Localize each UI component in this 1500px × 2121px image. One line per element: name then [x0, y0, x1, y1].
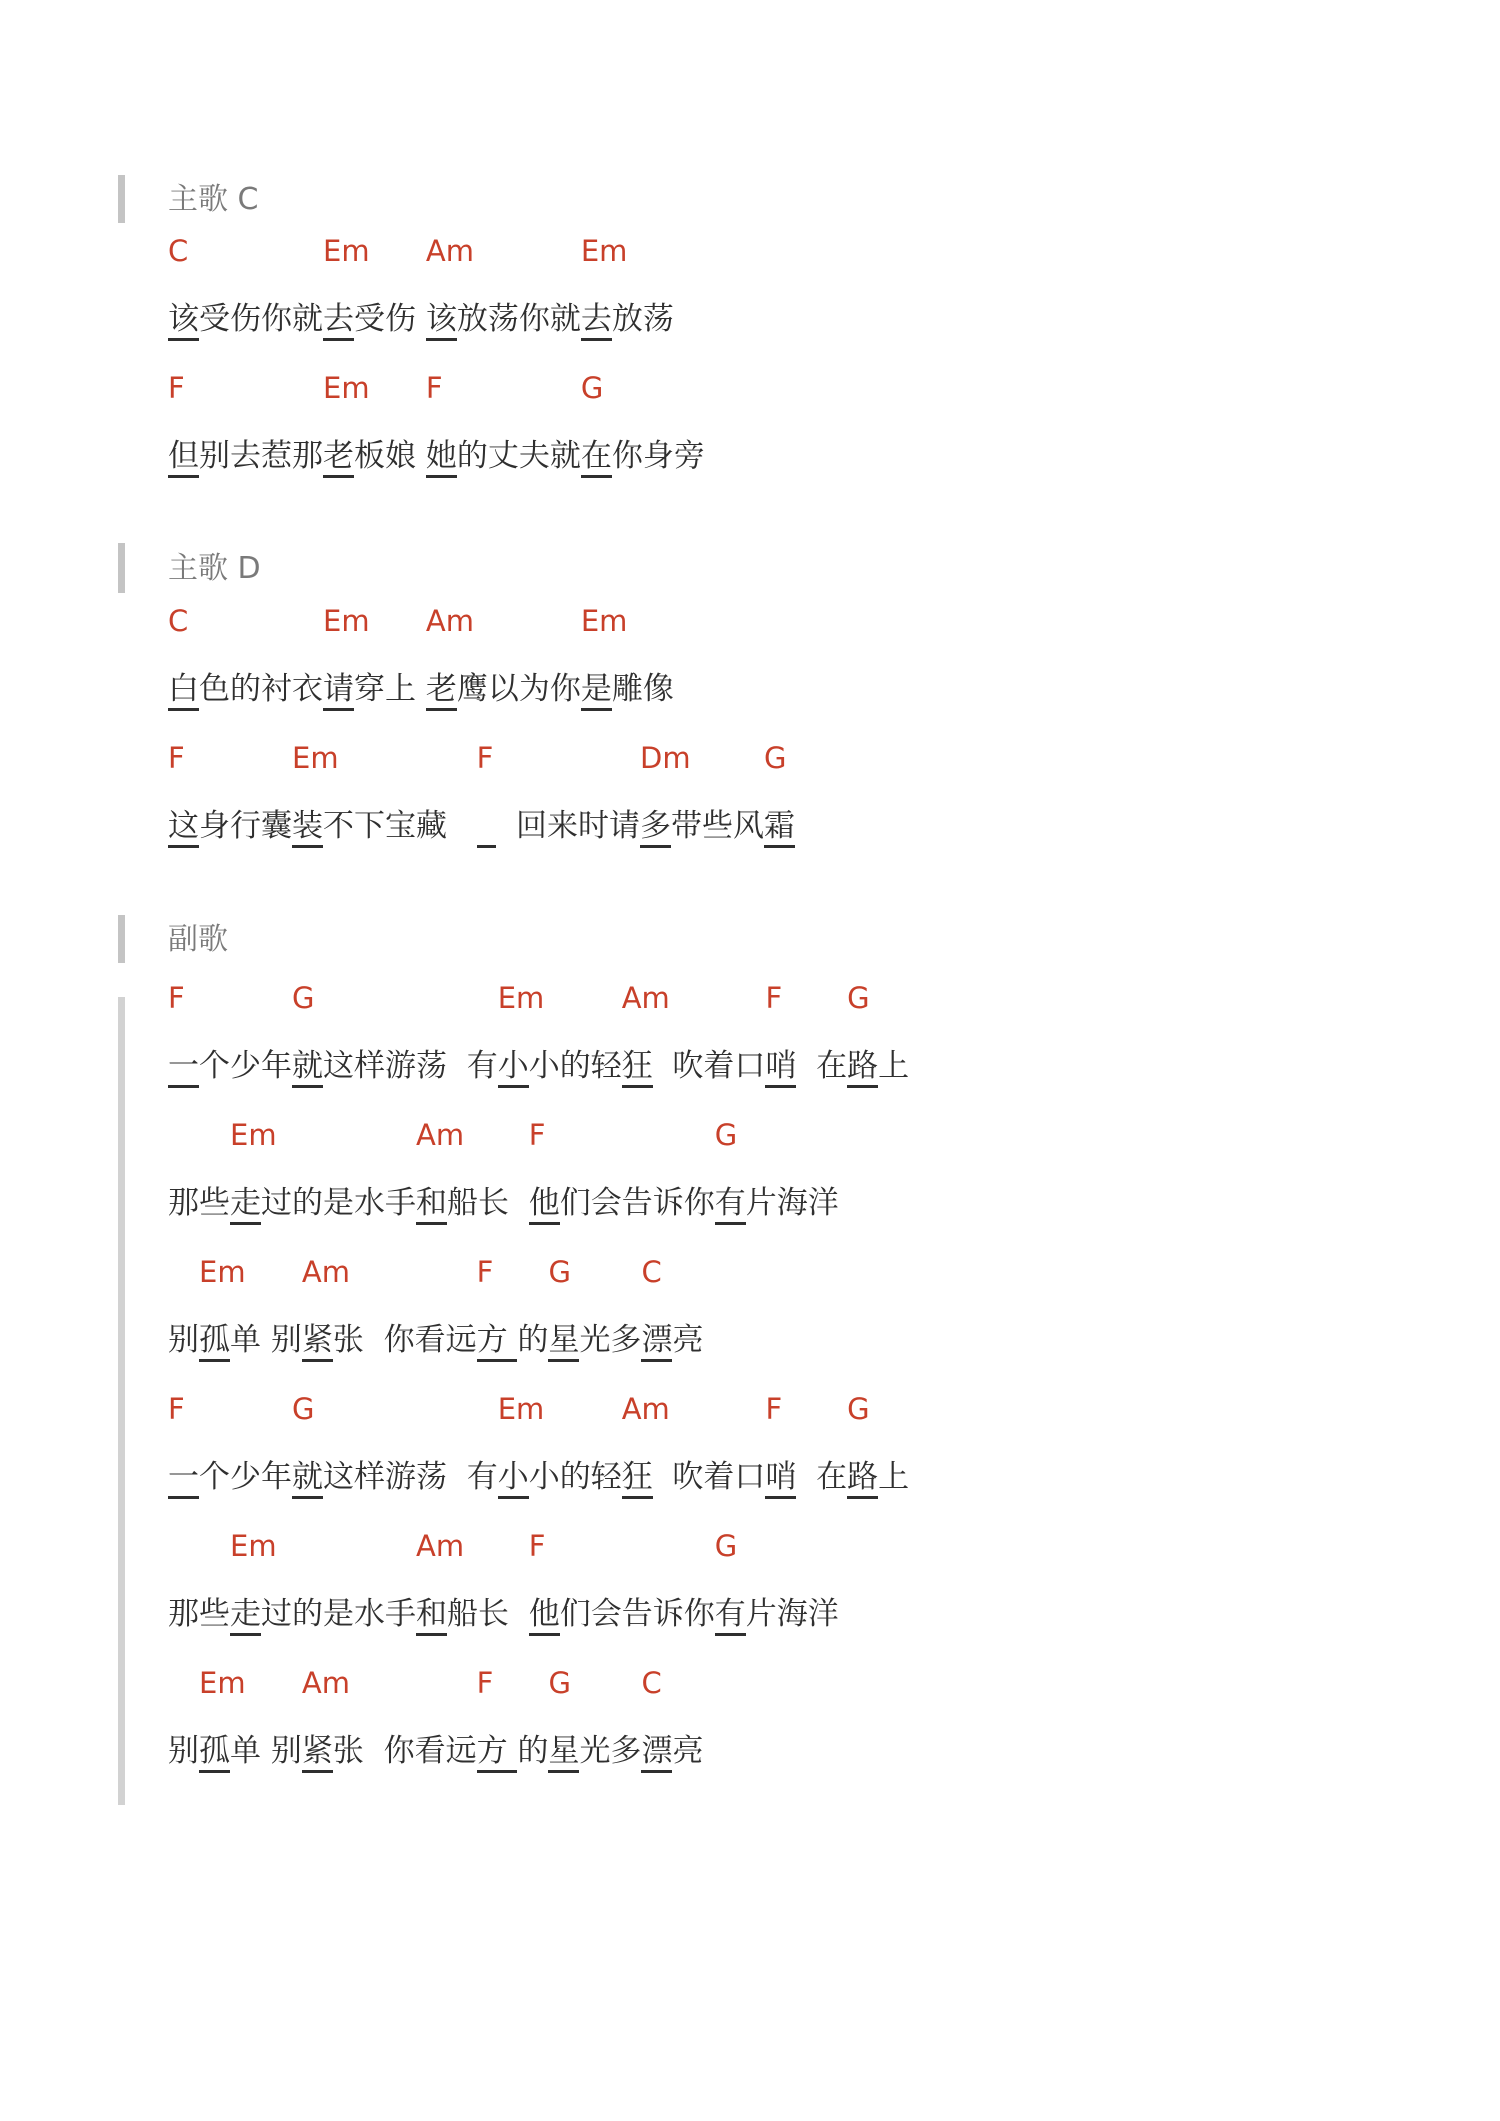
lyric-rest: 雕像 — [612, 671, 674, 707]
chord-segment: Em孤单 别 — [199, 1668, 302, 1770]
chord-label: Em — [199, 1257, 246, 1287]
chord-label: F — [765, 983, 782, 1013]
lyric-text: 就这样游荡 有 — [292, 1047, 498, 1085]
chord-label: G — [847, 983, 869, 1013]
chord-anchor-char: 紧 — [302, 1733, 333, 1773]
chord-anchor-char: 装 — [292, 808, 323, 848]
chord-label: F — [765, 1394, 782, 1424]
lyric-rest: 别 — [168, 1733, 199, 1769]
chord-segment: F这身行囊 — [168, 743, 292, 845]
lyric-text: 路上 — [847, 1458, 909, 1496]
chord-anchor-char: 就 — [292, 1048, 323, 1088]
chord-lyric-line: F一个少年G就这样游荡 有Em小小的轻Am狂 吹着口F哨 在G路上 — [168, 1394, 909, 1531]
chord-segment: F她的丈夫就 — [426, 373, 581, 475]
lyric-rest: 上 — [878, 1459, 909, 1495]
lyric-text: 去受伤 — [323, 300, 426, 338]
section-title: 主歌 D — [168, 551, 261, 587]
chord-segment: C漂亮 — [641, 1668, 703, 1770]
lyric-rest: 回来时请 — [496, 808, 640, 844]
chord-label: F — [477, 1668, 494, 1698]
chord-segment: G星光多 — [548, 1257, 641, 1359]
lyric-text: 该放荡你就 — [426, 300, 581, 338]
chord-anchor-char: 孤 — [199, 1322, 230, 1362]
chord-label: F — [529, 1531, 546, 1561]
chord-segment: F哨 在 — [765, 1394, 847, 1496]
chord-anchor-char: 漂 — [641, 1733, 672, 1773]
lyric-rest: 船长 — [447, 1185, 529, 1221]
lyric-rest: 板娘 — [354, 438, 426, 474]
chord-segment: G就这样游荡 有 — [292, 1394, 498, 1496]
lyric-rest: 那些 — [168, 1596, 230, 1632]
chord-lyric-line: F但别去惹那Em老板娘 F她的丈夫就G在你身旁 — [168, 373, 705, 510]
lyric-rest: 片海洋 — [746, 1596, 839, 1632]
lyric-text: 别 — [168, 1321, 199, 1359]
chord-label: Em — [199, 1668, 246, 1698]
chord-anchor-char: 霜 — [764, 808, 795, 848]
chord-segment: 那些 — [168, 1531, 230, 1633]
lyric-text: 走过的是水手 — [230, 1184, 416, 1222]
lyric-text: 方 的 — [477, 1321, 549, 1359]
lyric-rest: 小的轻 — [529, 1048, 622, 1084]
lyric-text: 在你身旁 — [581, 437, 705, 475]
chord-anchor-char: 多 — [640, 808, 671, 848]
chord-anchor-char: 一 — [168, 1048, 199, 1088]
chord-label: Em — [323, 373, 370, 403]
chord-segment: G有片海洋 — [715, 1120, 839, 1222]
lyric-text: 请穿上 — [323, 670, 426, 708]
lyric-rest: 色的衬衣 — [199, 671, 323, 707]
chord-anchor-char: 狂 — [622, 1048, 653, 1088]
chord-anchor-char: 路 — [847, 1459, 878, 1499]
chord-anchor-char: 和 — [416, 1185, 447, 1225]
lyric-rest: 过的是水手 — [261, 1596, 416, 1632]
chord-segment: F他们会告诉你 — [529, 1120, 715, 1222]
chord-segment: Em走过的是水手 — [230, 1120, 416, 1222]
chord-segment: C白色的衬衣 — [168, 606, 323, 708]
chord-label: Am — [302, 1257, 350, 1287]
chord-label: Am — [622, 1394, 670, 1424]
lyric-rest: 张 你看远 — [333, 1733, 477, 1769]
lyric-rest: 吹着口 — [653, 1459, 766, 1495]
chord-anchor-char: 去 — [323, 301, 354, 341]
lyric-rest: 吹着口 — [653, 1048, 766, 1084]
chord-label: Am — [416, 1120, 464, 1150]
chord-label: C — [641, 1257, 661, 1287]
lyric-text: 方 的 — [477, 1732, 549, 1770]
chord-segment: Em是雕像 — [581, 606, 674, 708]
lyric-text: 狂 吹着口 — [622, 1458, 766, 1496]
chord-label: Em — [581, 236, 628, 266]
chord-segment: Am和船长 — [416, 1531, 529, 1633]
chord-anchor-char: 小 — [498, 1048, 529, 1088]
chord-segment: Am老鹰以为你 — [426, 606, 581, 708]
lyric-rest: 你身旁 — [612, 438, 705, 474]
lyric-text: 多带些风 — [640, 807, 764, 845]
chord-anchor-char — [477, 808, 497, 848]
chord-segment: G有片海洋 — [715, 1531, 839, 1633]
chord-label: Em — [292, 743, 339, 773]
chord-label: Am — [622, 983, 670, 1013]
lyric-rest: 小的轻 — [529, 1459, 622, 1495]
chord-label: Dm — [640, 743, 691, 773]
chord-segment: Am紧张 你看远 — [302, 1668, 477, 1770]
lyric-rest: 在 — [796, 1048, 847, 1084]
chord-lyric-line: F这身行囊Em装不下宝藏 F 回来时请Dm多带些风G霜 — [168, 743, 795, 880]
lyric-text: 回来时请 — [477, 807, 640, 845]
chord-label: Em — [230, 1531, 277, 1561]
chord-anchor-char: 方 — [477, 1322, 518, 1362]
lyric-text: 一个少年 — [168, 1458, 292, 1496]
chord-anchor-char: 紧 — [302, 1322, 333, 1362]
lyric-rest: 们会告诉你 — [560, 1185, 715, 1221]
lyric-text: 有片海洋 — [715, 1595, 839, 1633]
chord-label: G — [715, 1531, 737, 1561]
lyric-text: 小小的轻 — [498, 1458, 622, 1496]
chord-segment: 别 — [168, 1668, 199, 1770]
lyric-rest: 那些 — [168, 1185, 230, 1221]
lyric-text: 小小的轻 — [498, 1047, 622, 1085]
chord-label: F — [168, 1394, 185, 1424]
chord-anchor-char: 去 — [581, 301, 612, 341]
lyric-text: 哨 在 — [765, 1458, 847, 1496]
chord-anchor-char: 狂 — [622, 1459, 653, 1499]
chord-anchor-char: 该 — [168, 301, 199, 341]
lyric-text: 走过的是水手 — [230, 1595, 416, 1633]
lyric-rest: 船长 — [447, 1596, 529, 1632]
chord-anchor-char: 漂 — [641, 1322, 672, 1362]
lyric-rest: 个少年 — [199, 1048, 292, 1084]
lyric-text: 路上 — [847, 1047, 909, 1085]
lyric-rest: 单 别 — [230, 1733, 302, 1769]
chord-segment: F哨 在 — [765, 983, 847, 1085]
lyric-text: 是雕像 — [581, 670, 674, 708]
chord-anchor-char: 哨 — [765, 1459, 796, 1499]
section-title: 主歌 C — [168, 182, 258, 218]
lyric-rest: 鹰以为你 — [457, 671, 581, 707]
chord-label: Am — [302, 1668, 350, 1698]
chord-lyric-line: 别Em孤单 别Am紧张 你看远F方 的G星光多C漂亮 — [168, 1257, 703, 1394]
section-marker-bar — [118, 543, 125, 593]
lyric-text: 和船长 — [416, 1184, 529, 1222]
chord-segment: G星光多 — [548, 1668, 641, 1770]
chord-label: C — [168, 606, 188, 636]
lyric-rest: 受伤 — [354, 301, 426, 337]
chord-segment: Dm多带些风 — [640, 743, 764, 845]
lyric-rest: 个少年 — [199, 1459, 292, 1495]
chord-anchor-char: 白 — [168, 671, 199, 711]
lyric-text: 星光多 — [548, 1732, 641, 1770]
lyric-text: 白色的衬衣 — [168, 670, 323, 708]
lyric-text: 该受伤你就 — [168, 300, 323, 338]
chord-label: G — [292, 1394, 314, 1424]
chord-segment: Em孤单 别 — [199, 1257, 302, 1359]
chord-segment: Em去受伤 — [323, 236, 426, 338]
chord-lyric-line: 那些Em走过的是水手Am和船长 F他们会告诉你G有片海洋 — [168, 1531, 839, 1668]
chord-segment: Em老板娘 — [323, 373, 426, 475]
chord-anchor-char: 该 — [426, 301, 457, 341]
lyric-text: 就这样游荡 有 — [292, 1458, 498, 1496]
lyric-text: 孤单 别 — [199, 1732, 302, 1770]
chord-anchor-char: 有 — [715, 1596, 746, 1636]
lyric-text: 一个少年 — [168, 1047, 292, 1085]
chord-label: Em — [498, 983, 545, 1013]
chord-label: G — [548, 1257, 570, 1287]
chord-segment: C漂亮 — [641, 1257, 703, 1359]
lyric-text: 霜 — [764, 807, 795, 845]
chord-label: F — [168, 983, 185, 1013]
chord-anchor-char: 在 — [581, 438, 612, 478]
chord-label: Am — [426, 236, 474, 266]
lyric-text: 漂亮 — [641, 1321, 703, 1359]
lyric-text: 去放荡 — [581, 300, 674, 338]
chord-segment: F方 的 — [477, 1257, 549, 1359]
chord-segment: F但别去惹那 — [168, 373, 323, 475]
chord-segment: F 回来时请 — [477, 743, 640, 845]
lyric-rest: 亮 — [672, 1733, 703, 1769]
lyric-rest: 们会告诉你 — [560, 1596, 715, 1632]
lyric-text: 这身行囊 — [168, 807, 292, 845]
chord-segment: 别 — [168, 1257, 199, 1359]
lyric-rest: 别 — [168, 1322, 199, 1358]
chord-anchor-char: 就 — [292, 1459, 323, 1499]
chord-label: G — [581, 373, 603, 403]
lyric-rest: 这样游荡 有 — [323, 1459, 498, 1495]
chord-label: F — [477, 743, 494, 773]
chord-segment: Em请穿上 — [323, 606, 426, 708]
lyric-text: 老板娘 — [323, 437, 426, 475]
lyric-text: 别 — [168, 1732, 199, 1770]
chord-label: C — [168, 236, 188, 266]
chord-label: F — [168, 373, 185, 403]
chord-segment: Am狂 吹着口 — [622, 1394, 766, 1496]
lyric-text: 但别去惹那 — [168, 437, 323, 475]
chord-segment: Am该放荡你就 — [426, 236, 581, 338]
chord-segment: F一个少年 — [168, 1394, 292, 1496]
chord-label: F — [477, 1257, 494, 1287]
chord-label: G — [715, 1120, 737, 1150]
chord-anchor-char: 星 — [548, 1733, 579, 1773]
lyric-text: 他们会告诉你 — [529, 1184, 715, 1222]
section-title: 副歌 — [168, 922, 228, 958]
lyric-text: 狂 吹着口 — [622, 1047, 766, 1085]
chord-anchor-char: 她 — [426, 438, 457, 478]
chord-segment: G路上 — [847, 983, 909, 1085]
chord-lyric-line: 别Em孤单 别Am紧张 你看远F方 的G星光多C漂亮 — [168, 1668, 703, 1805]
lyric-text: 那些 — [168, 1595, 230, 1633]
chord-label: G — [847, 1394, 869, 1424]
lyric-text: 装不下宝藏 — [292, 807, 477, 845]
chord-segment: G霜 — [764, 743, 795, 845]
chord-label: Em — [323, 236, 370, 266]
chord-segment: Em小小的轻 — [498, 1394, 622, 1496]
lyric-text: 她的丈夫就 — [426, 437, 581, 475]
chord-anchor-char: 一 — [168, 1459, 199, 1499]
lyric-text: 和船长 — [416, 1595, 529, 1633]
chord-label: Em — [323, 606, 370, 636]
chord-segment: Em走过的是水手 — [230, 1531, 416, 1633]
chord-anchor-char: 是 — [581, 671, 612, 711]
chord-segment: F方 的 — [477, 1668, 549, 1770]
chord-anchor-char: 老 — [323, 438, 354, 478]
lyric-rest: 别去惹那 — [199, 438, 323, 474]
chord-anchor-char: 和 — [416, 1596, 447, 1636]
chord-anchor-char: 小 — [498, 1459, 529, 1499]
lyric-text: 有片海洋 — [715, 1184, 839, 1222]
chord-label: Em — [230, 1120, 277, 1150]
section-marker-bar — [118, 175, 125, 223]
chord-label: Em — [498, 1394, 545, 1424]
lyric-rest: 单 别 — [230, 1322, 302, 1358]
chord-lyric-line: F一个少年G就这样游荡 有Em小小的轻Am狂 吹着口F哨 在G路上 — [168, 983, 909, 1120]
chord-segment: F他们会告诉你 — [529, 1531, 715, 1633]
lyric-text: 漂亮 — [641, 1732, 703, 1770]
lyric-text: 紧张 你看远 — [302, 1321, 477, 1359]
lyric-text: 星光多 — [548, 1321, 641, 1359]
chord-segment: Am紧张 你看远 — [302, 1257, 477, 1359]
chord-label: G — [548, 1668, 570, 1698]
chord-anchor-char: 方 — [477, 1733, 518, 1773]
lyric-rest: 的丈夫就 — [457, 438, 581, 474]
chord-label: Em — [581, 606, 628, 636]
chord-label: F — [426, 373, 443, 403]
chord-anchor-char: 走 — [230, 1185, 261, 1225]
chord-anchor-char: 但 — [168, 438, 199, 478]
chord-segment: 那些 — [168, 1120, 230, 1222]
lyric-text: 那些 — [168, 1184, 230, 1222]
lyric-rest: 过的是水手 — [261, 1185, 416, 1221]
chord-lyric-line: 那些Em走过的是水手Am和船长 F他们会告诉你G有片海洋 — [168, 1120, 839, 1257]
lyric-rest: 穿上 — [354, 671, 426, 707]
lyric-rest: 不下宝藏 — [323, 808, 477, 844]
lyric-text: 老鹰以为你 — [426, 670, 581, 708]
chord-segment: Am狂 吹着口 — [622, 983, 766, 1085]
lyric-rest: 片海洋 — [746, 1185, 839, 1221]
chord-label: F — [529, 1120, 546, 1150]
chord-anchor-char: 这 — [168, 808, 199, 848]
chord-anchor-char: 他 — [529, 1185, 560, 1225]
chord-lyric-line: C白色的衬衣Em请穿上 Am老鹰以为你Em是雕像 — [168, 606, 674, 743]
lyric-rest: 在 — [796, 1459, 847, 1495]
lyric-rest: 光多 — [579, 1733, 641, 1769]
chord-segment: G路上 — [847, 1394, 909, 1496]
chord-anchor-char: 请 — [323, 671, 354, 711]
chord-anchor-char: 他 — [529, 1596, 560, 1636]
section-marker-bar — [118, 915, 125, 963]
lyric-rest: 的 — [517, 1733, 548, 1769]
chord-anchor-char: 哨 — [765, 1048, 796, 1088]
chord-anchor-char: 路 — [847, 1048, 878, 1088]
chord-lyric-line: C该受伤你就Em去受伤 Am该放荡你就Em去放荡 — [168, 236, 674, 373]
lyric-rest: 带些风 — [671, 808, 764, 844]
lyric-rest: 张 你看远 — [333, 1322, 477, 1358]
chord-segment: Am和船长 — [416, 1120, 529, 1222]
chord-anchor-char: 走 — [230, 1596, 261, 1636]
chord-segment: Em装不下宝藏 — [292, 743, 477, 845]
lyric-text: 他们会告诉你 — [529, 1595, 715, 1633]
chord-segment: G在你身旁 — [581, 373, 705, 475]
chord-label: G — [764, 743, 786, 773]
lyric-rest: 这样游荡 有 — [323, 1048, 498, 1084]
chord-label: C — [641, 1668, 661, 1698]
chorus-block-bar — [118, 997, 125, 1805]
lyric-text: 哨 在 — [765, 1047, 847, 1085]
lyric-rest: 放荡 — [612, 301, 674, 337]
chord-segment: C该受伤你就 — [168, 236, 323, 338]
chord-segment: Em小小的轻 — [498, 983, 622, 1085]
lyric-rest: 亮 — [672, 1322, 703, 1358]
lyric-rest: 受伤你就 — [199, 301, 323, 337]
chord-anchor-char: 有 — [715, 1185, 746, 1225]
lyric-rest: 身行囊 — [199, 808, 292, 844]
chord-anchor-char: 孤 — [199, 1733, 230, 1773]
chord-segment: Em去放荡 — [581, 236, 674, 338]
chord-label: Am — [426, 606, 474, 636]
lyric-rest: 上 — [878, 1048, 909, 1084]
chord-segment: F一个少年 — [168, 983, 292, 1085]
chord-label: G — [292, 983, 314, 1013]
lyric-rest: 放荡你就 — [457, 301, 581, 337]
chord-label: Am — [416, 1531, 464, 1561]
chord-anchor-char: 老 — [426, 671, 457, 711]
lyric-text: 孤单 别 — [199, 1321, 302, 1359]
chord-segment: G就这样游荡 有 — [292, 983, 498, 1085]
chord-label: F — [168, 743, 185, 773]
lyric-text: 紧张 你看远 — [302, 1732, 477, 1770]
lyric-rest: 的 — [517, 1322, 548, 1358]
chord-anchor-char: 星 — [548, 1322, 579, 1362]
lyric-rest: 光多 — [579, 1322, 641, 1358]
